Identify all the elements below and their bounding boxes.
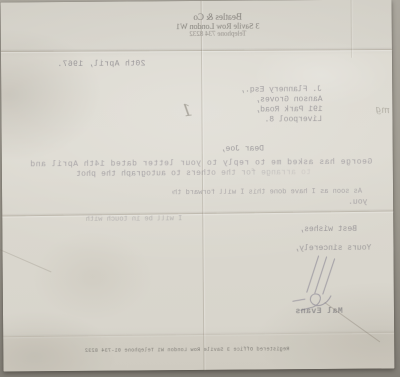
recipient-line: Liverpool 8. [265, 115, 323, 124]
fold-crease-vertical-center [201, 1, 205, 370]
letterhead-telephone: Telephone 734 8232 [133, 29, 303, 38]
pencil-annotation-right: mg [375, 105, 390, 116]
fold-crease-vertical-right [351, 0, 352, 58]
body-line: As soon as I have done this I will forwa… [172, 188, 362, 197]
salutation: Dear Joe, [221, 144, 264, 153]
letter-date: 20th April, 1967. [57, 59, 145, 69]
paper-stain [32, 231, 153, 322]
handwritten-signature [285, 252, 357, 315]
wrinkle-bottom-left [0, 248, 51, 273]
letter-paper-verso: Beatles & Co 3 Savile Row London W1 Tele… [1, 0, 395, 372]
closing-best-wishes: Best wishes, [299, 225, 357, 234]
fold-crease-horizontal-top [1, 49, 392, 52]
fold-crease-horizontal-middle [2, 210, 393, 216]
recipient-line: Aanson Groves, [255, 95, 322, 105]
recipient-line: J. Flannery Esq., [241, 85, 323, 95]
photograph-of-folded-letter-verso: Beatles & Co 3 Savile Row London W1 Tele… [0, 0, 400, 377]
recipient-line: 191 Park Road, [255, 105, 322, 115]
body-line: you. [348, 198, 367, 207]
body-line-faint: I will be in touch with you again shortl… [82, 215, 182, 224]
typed-signatory-name: Mal Evans [295, 307, 343, 316]
pencil-annotation-left: 1 [180, 100, 194, 121]
body-line: George has asked me to reply to your let… [30, 158, 373, 170]
body-line: to arrange for the others to autograph t… [76, 168, 311, 179]
